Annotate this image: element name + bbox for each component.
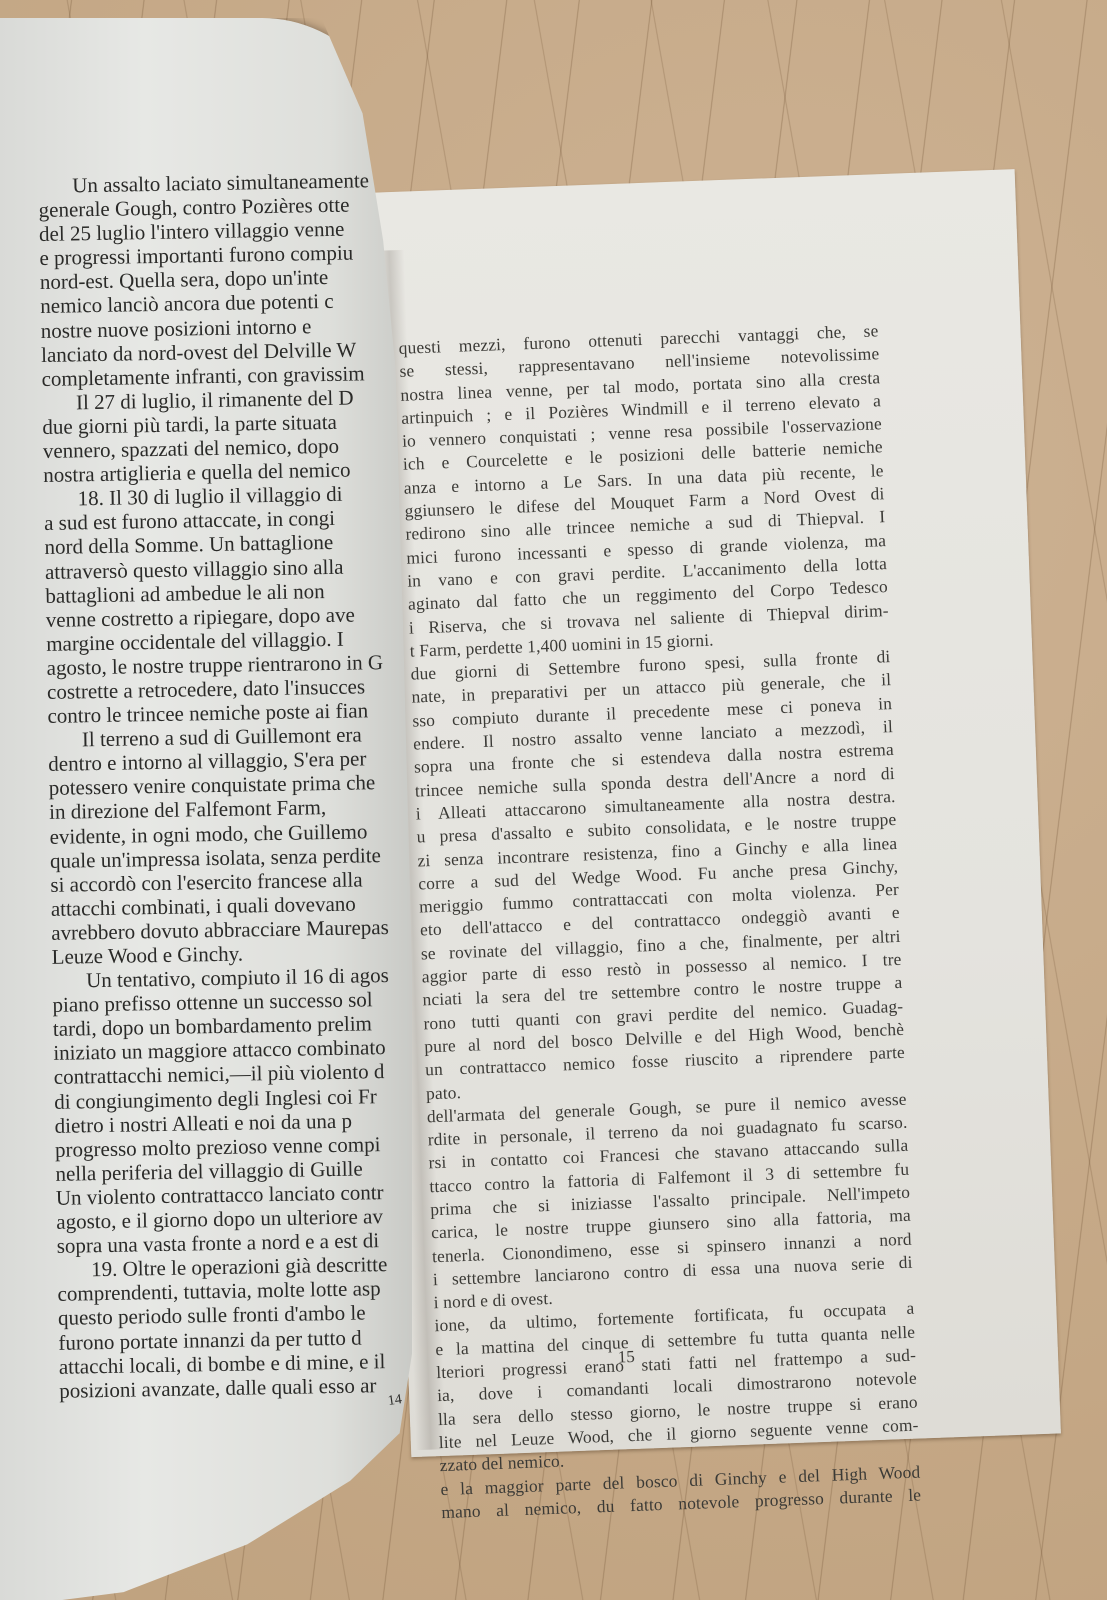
right-page-text: questi mezzi, furono ottenuti parecchi v…	[398, 319, 921, 1524]
left-page: Un assalto laciato simultaneamentegenera…	[0, 18, 412, 1600]
page-number-right: 15	[617, 1347, 635, 1368]
left-page-text: Un assalto laciato simultaneamentegenera…	[38, 167, 434, 1402]
page-number-left: 14	[387, 1392, 403, 1410]
right-page: questi mezzi, furono ottenuti parecchi v…	[365, 169, 1061, 1457]
